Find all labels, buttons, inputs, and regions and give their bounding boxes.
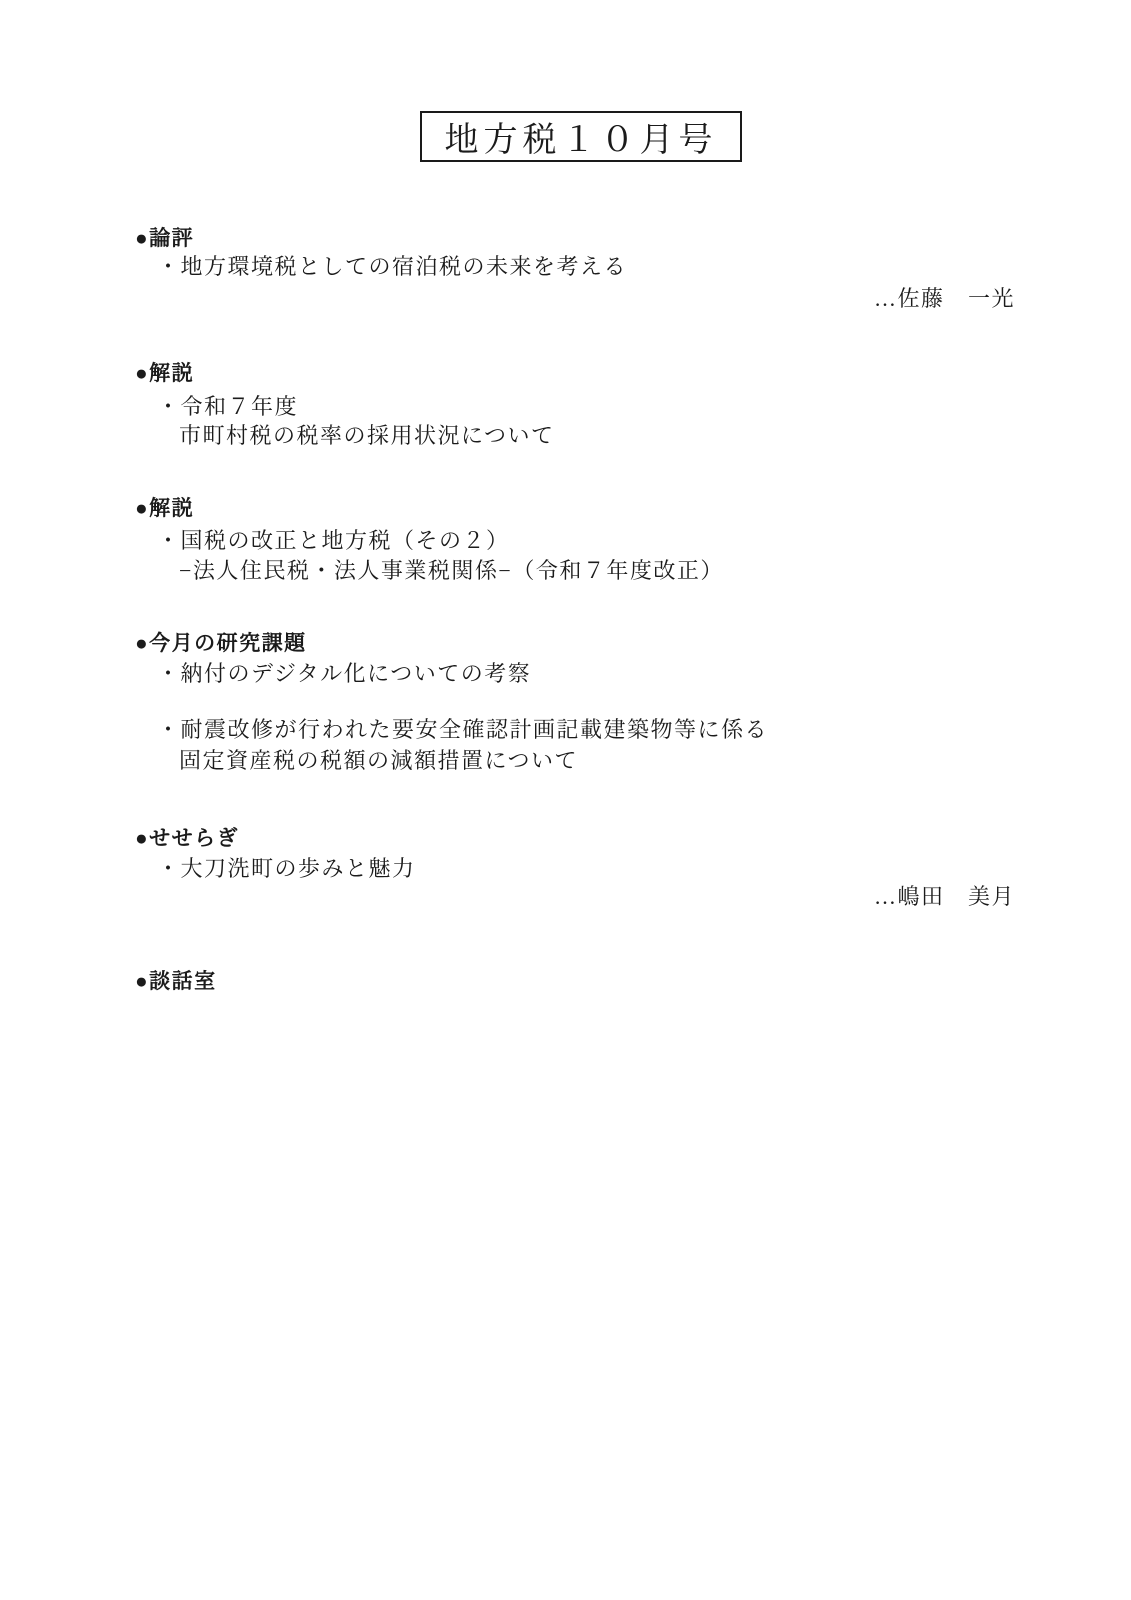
author-credit-sato: …佐藤 一光 — [874, 284, 1015, 314]
toc-page: 地方税１０月号 ●論評 ・地方環境税としての宿泊税の未来を考える …佐藤 一光 … — [0, 0, 1131, 1600]
toc-item-reiwa7-line2: 市町村税の税率の採用状況について — [179, 421, 555, 451]
toc-item-reiwa7-line1: ・令和７年度 — [157, 392, 298, 422]
toc-item-digital-nofu: ・納付のデジタル化についての考察 — [157, 659, 531, 689]
toc-item-tachiarai: ・大刀洗町の歩みと魅力 — [157, 854, 416, 884]
toc-item-taishin-line1: ・耐震改修が行われた要安全確認計画記載建築物等に係る — [157, 715, 768, 745]
toc-item-shukuhakuzei: ・地方環境税としての宿泊税の未来を考える — [157, 252, 627, 282]
section-heading-kaisetsu-2: ●解説 — [135, 494, 194, 524]
toc-item-taishin-line2: 固定資産税の税額の減額措置について — [179, 746, 578, 776]
section-heading-seseragi: ●せせらぎ — [135, 824, 239, 854]
section-heading-ronpyo: ●論評 — [135, 224, 194, 254]
toc-item-kokuzei-line1: ・国税の改正と地方税（その２） — [157, 526, 510, 556]
author-credit-shimada: …嶋田 美月 — [874, 882, 1015, 912]
section-heading-kaisetsu-1: ●解説 — [135, 359, 194, 389]
issue-title-box: 地方税１０月号 — [420, 111, 742, 162]
issue-title: 地方税１０月号 — [445, 112, 718, 161]
section-heading-danwashitsu: ●談話室 — [135, 967, 217, 997]
section-heading-kenkyu-kadai: ●今月の研究課題 — [135, 629, 307, 659]
toc-item-kokuzei-line2: −法人住民税・法人事業税関係−（令和７年度改正） — [179, 556, 724, 586]
